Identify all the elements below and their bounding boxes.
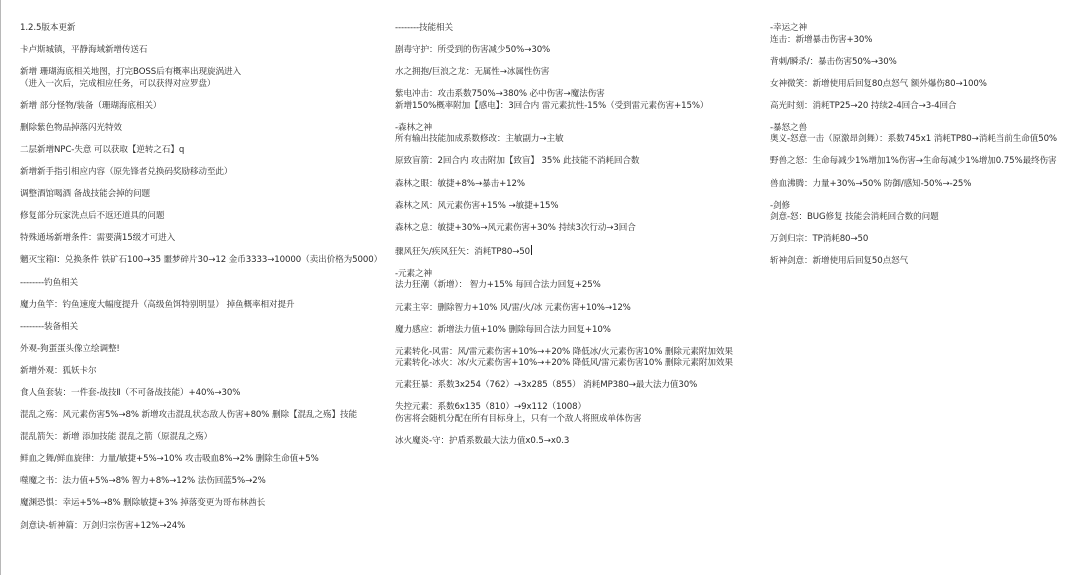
patch-note-paragraph: 元素转化-风雷：风/雷元素伤害+10%→+20% 降低冰/火元素伤害10% 删除… xyxy=(395,347,760,370)
patch-note-paragraph: -暴怒之兽奥义-怒意一击（原激昂剑舞）：系数745x1 消耗TP80→消耗当前生… xyxy=(770,123,1075,146)
patch-note-line: --------技能相关 xyxy=(395,23,760,35)
patch-note-paragraph: 森林之风：风元素伤害+15% →敏捷+15% xyxy=(395,201,760,213)
patch-note-paragraph: 调整酒馆喝酒 备战技能会掉的问题 xyxy=(20,189,390,201)
patch-note-paragraph: 元素主宰：删除智力+10% 风/雷/火/冰 元素伤害+10%→12% xyxy=(395,303,760,315)
patch-note-line: 新增 部分怪物/装备（珊瑚海底相关） xyxy=(20,101,390,113)
patch-note-line: 原致盲箭：2回合内 攻击附加【致盲】 35% 此技能不消耗回合数 xyxy=(395,156,760,168)
patch-note-line: 二层新增NPC-失意 可以获取【逆转之石】q xyxy=(20,145,390,157)
column-right: -幸运之神连击：新增暴击伤害+30%背刺/瞬杀/：暴击伤害50%→30%女神微笑… xyxy=(770,23,1075,278)
patch-note-paragraph: 混乱箭矢：新增 添加技能 混乱之箭（原混乱之殇） xyxy=(20,432,390,444)
patch-note-line: 特殊通场新增条件：需要满15级才可进入 xyxy=(20,233,390,245)
patch-note-paragraph: 鲜血之舞/鲜血旋律：力量/敏捷+5%→10% 攻击吸血8%→2% 删除生命值+5… xyxy=(20,454,390,466)
patch-note-paragraph: 删除紫色物品掉落闪光特效 xyxy=(20,123,390,135)
patch-note-paragraph: 高光时刻：消耗TP25→20 持续2-4回合→3-4回合 xyxy=(770,101,1075,113)
patch-note-line: 新增 珊瑚海底相关地图，打完BOSS后有概率出现旋涡进入 xyxy=(20,67,390,79)
patch-note-line: 高光时刻：消耗TP25→20 持续2-4回合→3-4回合 xyxy=(770,101,1075,113)
patch-note-paragraph: 新增新手指引相应内容（原先锋者兑换码奖励移动至此） xyxy=(20,167,390,179)
patch-note-paragraph: 万剑归宗：TP消耗80→50 xyxy=(770,234,1075,246)
patch-note-paragraph: 噬魔之书：法力值+5%→8% 智力+8%→12% 法伤回蓝5%→2% xyxy=(20,476,390,488)
patch-note-line: 水之拥抱/巨浪之龙：无属性→冰属性伤害 xyxy=(395,67,760,79)
patch-note-line: -森林之神 xyxy=(395,123,760,135)
patch-note-line: 魔力鱼竿：钓鱼速度大幅度提升（高级鱼饵特别明显） 掉鱼概率相对提升 xyxy=(20,300,390,312)
patch-note-paragraph: 食人鱼套装：一件套-战技Ⅱ（不可备战技能）+40%→30% xyxy=(20,388,390,400)
patch-note-line: 剧毒守护：所受到的伤害减少50%→30% xyxy=(395,45,760,57)
patch-note-paragraph: -元素之神法力狂潮（新增）： 智力+15% 每回合法力回复+25% xyxy=(395,269,760,292)
patch-note-line: 新增150%概率附加【感电】：3回合内 雷元素抗性-15%（受到雷元素伤害+15… xyxy=(395,101,760,113)
patch-note-paragraph: 骤风狂矢/疾风狂矢：消耗TP80→50 xyxy=(395,245,760,259)
patch-note-paragraph: --------装备相关 xyxy=(20,322,390,334)
patch-note-line: 所有输出技能加成系数修改：主敏副力→主敏 xyxy=(395,134,760,146)
patch-note-line: -剑修 xyxy=(770,201,1075,213)
patch-note-line: --------钓鱼相关 xyxy=(20,278,390,290)
patch-note-paragraph: -幸运之神连击：新增暴击伤害+30% xyxy=(770,23,1075,46)
patch-note-paragraph: 魔力感应：新增法力值+10% 删除每回合法力回复+10% xyxy=(395,325,760,337)
patch-note-paragraph: 斩神剑意：新增使用后回复50点怒气 xyxy=(770,256,1075,268)
patch-note-paragraph: 卡卢斯城镇，平静海域新增传送石 xyxy=(20,45,390,57)
patch-note-line: 剑意-怒：BUG修复 技能会消耗回合数的问题 xyxy=(770,212,1075,224)
patch-note-line: 森林之风：风元素伤害+15% →敏捷+15% xyxy=(395,201,760,213)
patch-note-line: 元素转化-风雷：风/雷元素伤害+10%→+20% 降低冰/火元素伤害10% 删除… xyxy=(395,347,760,359)
patch-note-line: 魔渊恐惧：幸运+5%→8% 删除敏捷+3% 掉落变更为哥布林酋长 xyxy=(20,498,390,510)
patch-note-line: 元素转化-冰火：冰/火元素伤害+10%→+20% 降低风/雷元素伤害10% 删除… xyxy=(395,358,760,370)
patch-note-paragraph: -森林之神所有输出技能加成系数修改：主敏副力→主敏 xyxy=(395,123,760,146)
patch-note-paragraph: --------钓鱼相关 xyxy=(20,278,390,290)
patch-note-paragraph: 原致盲箭：2回合内 攻击附加【致盲】 35% 此技能不消耗回合数 xyxy=(395,156,760,168)
patch-note-line: 卡卢斯城镇，平静海域新增传送石 xyxy=(20,45,390,57)
patch-note-line: 新增新手指引相应内容（原先锋者兑换码奖励移动至此） xyxy=(20,167,390,179)
patch-note-line: 伤害将会随机分配在所有目标身上，只有一个敌人将照成单体伤害 xyxy=(395,414,760,426)
patch-note-paragraph: 剧毒守护：所受到的伤害减少50%→30% xyxy=(395,45,760,57)
patch-note-line: 混乱箭矢：新增 添加技能 混乱之箭（原混乱之殇） xyxy=(20,432,390,444)
window-left-border xyxy=(0,0,1,575)
patch-note-paragraph: 元素狂暴：系数3x254（762）→3x285（855） 消耗MP380→最大法… xyxy=(395,380,760,392)
patch-note-paragraph: -剑修剑意-怒：BUG修复 技能会消耗回合数的问题 xyxy=(770,201,1075,224)
patch-note-paragraph: 女神微笑：新增使用后回复80点怒气 额外爆伤80→100% xyxy=(770,79,1075,91)
patch-note-line: 野兽之怒：生命每减少1%增加1%伤害→生命每减少1%增加0.75%最终伤害 xyxy=(770,156,1075,168)
patch-note-line: --------装备相关 xyxy=(20,322,390,334)
patch-note-line: 冰火魔炎-守：护盾系数最大法力值x0.5→x0.3 xyxy=(395,436,760,448)
patch-note-line: 森林之眼：敏捷+8%→暴击+12% xyxy=(395,179,760,191)
column-middle: --------技能相关剧毒守护：所受到的伤害减少50%→30%水之拥抱/巨浪之… xyxy=(395,23,760,458)
patch-note-line: 奥义-怒意一击（原激昂剑舞）：系数745x1 消耗TP80→消耗当前生命值50% xyxy=(770,134,1075,146)
patch-note-line: 骤风狂矢/疾风狂矢：消耗TP80→50 xyxy=(395,245,760,259)
patch-note-paragraph: 兽血沸腾：力量+30%→50% 防御/感知-50%→-25% xyxy=(770,179,1075,191)
patch-note-paragraph: 森林之息：敏捷+30%→风元素伤害+30% 持续3次行动→3回合 xyxy=(395,223,760,235)
patch-note-line: 魔力感应：新增法力值+10% 删除每回合法力回复+10% xyxy=(395,325,760,337)
patch-note-paragraph: 野兽之怒：生命每减少1%增加1%伤害→生命每减少1%增加0.75%最终伤害 xyxy=(770,156,1075,168)
patch-note-line: 调整酒馆喝酒 备战技能会掉的问题 xyxy=(20,189,390,201)
patch-note-line: -暴怒之兽 xyxy=(770,123,1075,135)
patch-note-line: 斩神剑意：新增使用后回复50点怒气 xyxy=(770,256,1075,268)
patch-note-paragraph: 失控元素：系数6x135（810）→9x112（1008）伤害将会随机分配在所有… xyxy=(395,402,760,425)
patch-note-paragraph: 剑意诀-斩神篇：万剑归宗伤害+12%→24% xyxy=(20,521,390,533)
patch-note-line: 元素主宰：删除智力+10% 风/雷/火/冰 元素伤害+10%→12% xyxy=(395,303,760,315)
patch-note-line: 女神微笑：新增使用后回复80点怒气 额外爆伤80→100% xyxy=(770,79,1075,91)
patch-note-line: 食人鱼套装：一件套-战技Ⅱ（不可备战技能）+40%→30% xyxy=(20,388,390,400)
patch-note-paragraph: 魔力鱼竿：钓鱼速度大幅度提升（高级鱼饵特别明显） 掉鱼概率相对提升 xyxy=(20,300,390,312)
patch-note-paragraph: 新增 珊瑚海底相关地图，打完BOSS后有概率出现旋涡进入（进入一次后，完成相应任… xyxy=(20,67,390,90)
patch-note-line: 剑意诀-斩神篇：万剑归宗伤害+12%→24% xyxy=(20,521,390,533)
patch-note-paragraph: 特殊通场新增条件：需要满15级才可进入 xyxy=(20,233,390,245)
patch-note-paragraph: 紫电冲击：攻击系数750%→380% 必中伤害→魔法伤害新增150%概率附加【感… xyxy=(395,89,760,112)
patch-note-line: 背刺/瞬杀/：暴击伤害50%→30% xyxy=(770,57,1075,69)
patch-note-line: 紫电冲击：攻击系数750%→380% 必中伤害→魔法伤害 xyxy=(395,89,760,101)
patch-note-line: -幸运之神 xyxy=(770,23,1075,35)
patch-note-paragraph: 水之拥抱/巨浪之龙：无属性→冰属性伤害 xyxy=(395,67,760,79)
patch-note-line: 森林之息：敏捷+30%→风元素伤害+30% 持续3次行动→3回合 xyxy=(395,223,760,235)
patch-note-paragraph: 背刺/瞬杀/：暴击伤害50%→30% xyxy=(770,57,1075,69)
patch-note-line: 万剑归宗：TP消耗80→50 xyxy=(770,234,1075,246)
patch-note-line: 噬魔之书：法力值+5%→8% 智力+8%→12% 法伤回蓝5%→2% xyxy=(20,476,390,488)
patch-note-line: 魑灭宝箱Ⅰ：兑换条件 铁矿石100→35 噩梦碎片30→12 金币3333→10… xyxy=(20,255,390,267)
patch-note-line: 法力狂潮（新增）： 智力+15% 每回合法力回复+25% xyxy=(395,280,760,292)
patch-note-paragraph: 二层新增NPC-失意 可以获取【逆转之石】q xyxy=(20,145,390,157)
patch-note-paragraph: 混乱之殇：风元素伤害5%→8% 新增攻击混乱状态敌人伤害+80% 删除【混乱之殇… xyxy=(20,410,390,422)
patch-note-paragraph: 新增外观：狐妖卡尔 xyxy=(20,366,390,378)
patch-note-line: 修复部分玩家洗点后不返还道具的问题 xyxy=(20,211,390,223)
patch-note-paragraph: --------技能相关 xyxy=(395,23,760,35)
patch-note-paragraph: 魑灭宝箱Ⅰ：兑换条件 铁矿石100→35 噩梦碎片30→12 金币3333→10… xyxy=(20,255,390,267)
patch-note-line: 鲜血之舞/鲜血旋律：力量/敏捷+5%→10% 攻击吸血8%→2% 删除生命值+5… xyxy=(20,454,390,466)
patch-note-paragraph: 外观-狗蛋蛋头像立绘调整! xyxy=(20,344,390,356)
patch-note-line: 1.2.5版本更新 xyxy=(20,23,390,35)
patch-note-line: 失控元素：系数6x135（810）→9x112（1008） xyxy=(395,402,760,414)
patch-note-line: 外观-狗蛋蛋头像立绘调整! xyxy=(20,344,390,356)
patch-note-line: 删除紫色物品掉落闪光特效 xyxy=(20,123,390,135)
patch-note-paragraph: 新增 部分怪物/装备（珊瑚海底相关） xyxy=(20,101,390,113)
patch-note-paragraph: 魔渊恐惧：幸运+5%→8% 删除敏捷+3% 掉落变更为哥布林酋长 xyxy=(20,498,390,510)
patch-note-line: 混乱之殇：风元素伤害5%→8% 新增攻击混乱状态敌人伤害+80% 删除【混乱之殇… xyxy=(20,410,390,422)
patch-note-paragraph: 森林之眼：敏捷+8%→暴击+12% xyxy=(395,179,760,191)
patch-note-line: 兽血沸腾：力量+30%→50% 防御/感知-50%→-25% xyxy=(770,179,1075,191)
column-left: 1.2.5版本更新卡卢斯城镇，平静海域新增传送石新增 珊瑚海底相关地图，打完BO… xyxy=(20,23,390,543)
patch-note-paragraph: 冰火魔炎-守：护盾系数最大法力值x0.5→x0.3 xyxy=(395,436,760,448)
patch-note-line: 新增外观：狐妖卡尔 xyxy=(20,366,390,378)
patch-note-line: （进入一次后，完成相应任务，可以获得对应罗盘） xyxy=(20,79,390,91)
patch-note-paragraph: 1.2.5版本更新 xyxy=(20,23,390,35)
patch-note-line: -元素之神 xyxy=(395,269,760,281)
patch-note-line: 元素狂暴：系数3x254（762）→3x285（855） 消耗MP380→最大法… xyxy=(395,380,760,392)
text-cursor xyxy=(531,245,532,255)
patch-note-paragraph: 修复部分玩家洗点后不返还道具的问题 xyxy=(20,211,390,223)
patch-note-line: 连击：新增暴击伤害+30% xyxy=(770,35,1075,47)
